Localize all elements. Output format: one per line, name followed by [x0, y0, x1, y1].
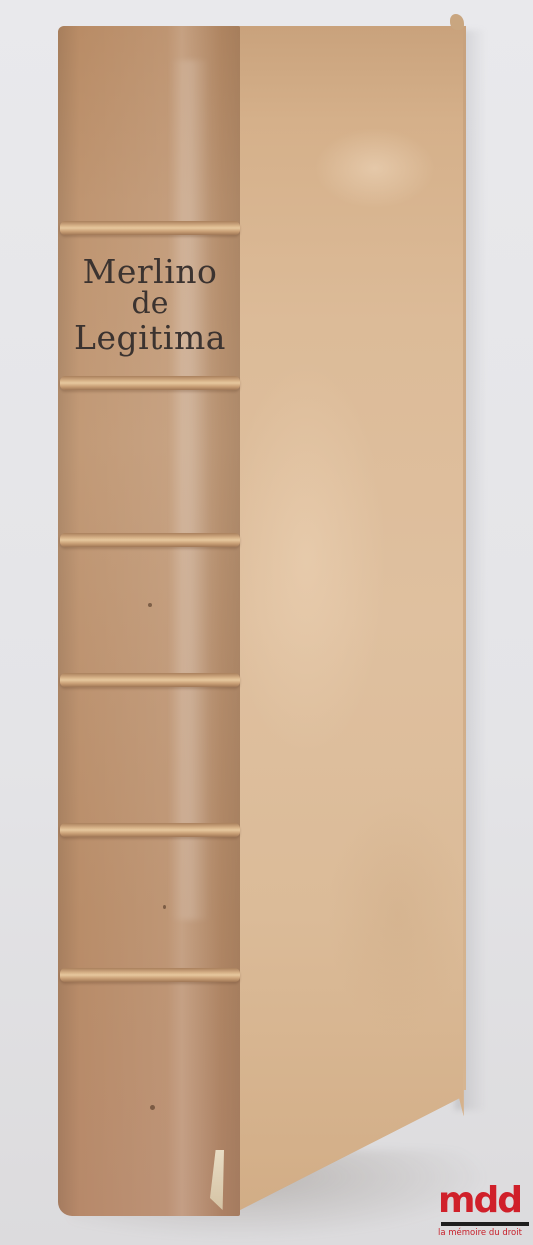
raised-band-2	[60, 376, 240, 390]
logo-tagline: la mémoire du droit	[438, 1228, 533, 1238]
mdd-logo: mdd la mémoire du droit	[438, 1183, 530, 1241]
book-photograph: Merlino de Legitima	[0, 0, 533, 1245]
book-spine	[58, 26, 240, 1216]
raised-band-4	[60, 673, 240, 687]
logo-mark: mdd	[438, 1183, 530, 1219]
raised-band-1	[60, 221, 240, 235]
front-cover	[238, 26, 466, 1211]
raised-band-5	[60, 823, 240, 837]
raised-band-3	[60, 533, 240, 547]
spine-title-line-3: Legitima	[60, 318, 240, 357]
spine-title-line-2: de	[60, 286, 240, 321]
spine-gloss	[170, 60, 210, 920]
raised-band-6	[60, 968, 240, 982]
cover-corner-tear	[450, 14, 464, 30]
cover-edge	[463, 30, 466, 1090]
stain-spot	[150, 1105, 155, 1110]
stain-spot	[148, 603, 152, 607]
stain-spot	[163, 905, 166, 909]
logo-rule	[441, 1222, 529, 1226]
